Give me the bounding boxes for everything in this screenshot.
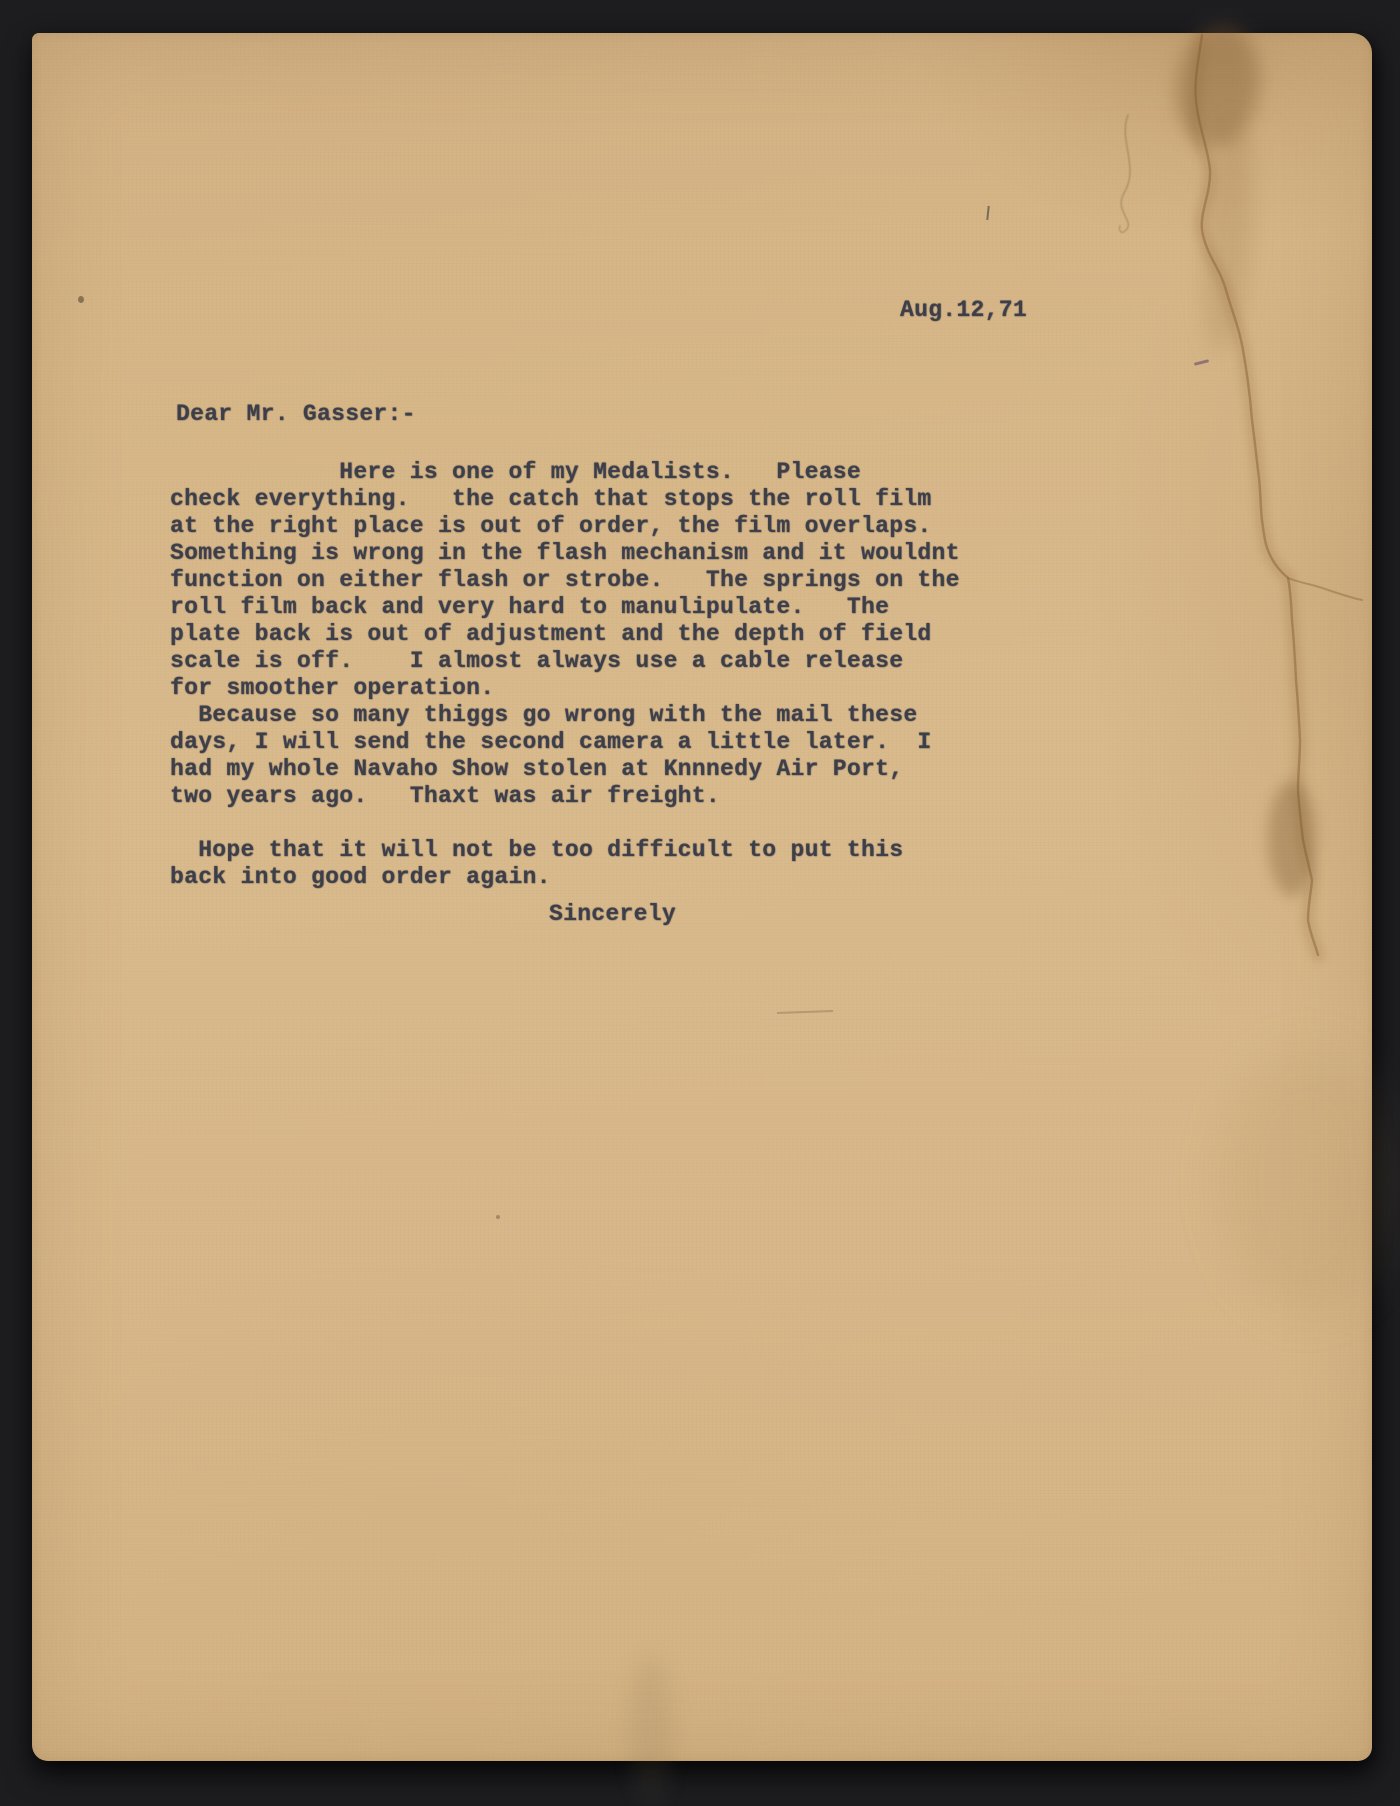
scratch-mark bbox=[986, 206, 989, 220]
tear-crack-overlay bbox=[32, 33, 1372, 1761]
water-stain-knot bbox=[1268, 781, 1316, 896]
faint-crease-mark bbox=[777, 1010, 833, 1014]
letter-page: Aug.12,71 Dear Mr. Gasser:- Here is one … bbox=[32, 33, 1372, 1761]
paper-speck bbox=[78, 296, 84, 303]
letter-closing: Sincerely bbox=[549, 901, 676, 928]
letter-body: Here is one of my Medalists. Pleasecheck… bbox=[170, 459, 960, 891]
crack-branch-line bbox=[1288, 578, 1362, 600]
water-stain-faint-right bbox=[1220, 1048, 1395, 1313]
pencil-scribble bbox=[1119, 115, 1130, 232]
scan-background: Aug.12,71 Dear Mr. Gasser:- Here is one … bbox=[0, 0, 1400, 1806]
water-stain-bottom bbox=[630, 1658, 672, 1803]
ink-dash-mark bbox=[1194, 359, 1209, 366]
crack-stain-halo bbox=[1195, 35, 1318, 955]
letter-salutation: Dear Mr. Gasser:- bbox=[176, 401, 416, 428]
paper-speck bbox=[496, 1215, 500, 1219]
letter-date: Aug.12,71 bbox=[900, 297, 1027, 324]
water-stain-top-right bbox=[1169, 20, 1267, 152]
water-stain-streak bbox=[1196, 117, 1260, 355]
crack-line bbox=[1195, 35, 1318, 955]
